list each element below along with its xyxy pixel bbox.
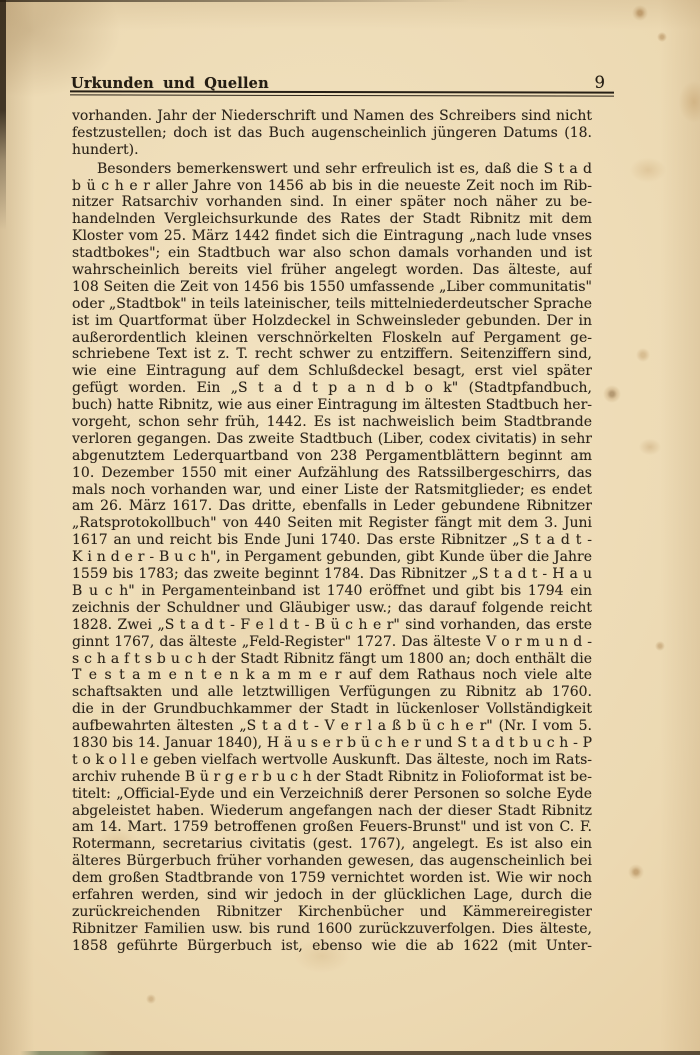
text-line: am 14. Mart. 1759 betroffenen großen Feu… <box>72 819 592 836</box>
text-line: 1828. Zwei „S t a d t - F e l d t - B ü … <box>72 617 592 634</box>
scanned-book-page: Urkunden und Quellen 9 vorhanden. Jahr d… <box>0 0 700 1055</box>
text-line: zurückreichenden Ribnitzer Kirchenbücher… <box>72 904 592 921</box>
text-line: „Ratsprotokollbuch" von 440 Seiten mit R… <box>72 515 592 532</box>
running-title: Urkunden und Quellen <box>71 75 269 92</box>
text-line: Kloster vom 25. März 1442 findet sich di… <box>72 228 592 245</box>
page-number: 9 <box>595 73 615 92</box>
text-line: 1617 an und reicht bis Ende Juni 1740. D… <box>72 532 592 549</box>
text-line: vorhanden. Jahr der Niederschrift und Na… <box>72 108 592 125</box>
text-line: titelt: „Official-Eyde und ein Verzeichn… <box>72 786 592 803</box>
text-line: oder „Stadtbok" in teils lateinischer, t… <box>72 296 592 313</box>
text-line: zeichnis der Schuldner und Gläubiger usw… <box>72 600 592 617</box>
text-line: am 26. März 1617. Das dritte, ebenfalls … <box>72 498 592 515</box>
text-line: 108 Seiten die Zeit von 1456 bis 1550 um… <box>72 279 592 296</box>
text-line: schriebene Text ist z. T. recht schwer z… <box>72 346 592 363</box>
header-double-rule <box>70 90 614 96</box>
text-line: 1559 bis 1783; das zweite beginnt 1784. … <box>72 566 592 583</box>
paragraph-2: Besonders bemerkenswert und sehr erfreul… <box>72 161 592 955</box>
text-line: dem großen Stadtbrande von 1759 vernicht… <box>72 870 592 887</box>
text-line: vorgeht, schon sehr früh, 1442. Es ist n… <box>72 414 592 431</box>
text-line: B u c h" in Pergamenteinband ist 1740 er… <box>72 583 592 600</box>
text-line: abgenutztem Lederquartband von 238 Perga… <box>72 448 592 465</box>
text-line: t o k o l l e geben vielfach wertvolle A… <box>72 752 592 769</box>
text-line: festzustellen; doch ist das Buch augensc… <box>72 125 592 142</box>
text-line: mals noch vorhanden war, und einer Liste… <box>72 482 592 499</box>
paragraph-1: vorhanden. Jahr der Niederschrift und Na… <box>72 108 592 159</box>
page-header: Urkunden und Quellen 9 <box>71 73 614 92</box>
text-line: handelnden Vergleichsurkunde des Rates d… <box>72 211 592 228</box>
text-line: gefügt worden. Ein „S t a d t p a n d b … <box>72 380 592 397</box>
scan-edge-left <box>0 0 6 230</box>
text-line: verloren gegangen. Das zweite Stadtbuch … <box>72 431 592 448</box>
text-line: archiv ruhende B ü r g e r b u c h der S… <box>72 769 592 786</box>
text-line: K i n d e r - B u c h", in Pergament geb… <box>72 549 592 566</box>
text-line: schaftsakten und alle letztwilligen Verf… <box>72 684 592 701</box>
text-line: nitzer Ratsarchiv vorhanden sind. In ein… <box>72 194 592 211</box>
text-line: erfahren werden, sind wir jedoch in der … <box>72 887 592 904</box>
text-line: 1830 bis 14. Januar 1840), H ä u s e r b… <box>72 735 592 752</box>
text-line: b ü c h e r aller Jahre von 1456 ab bis … <box>72 178 592 195</box>
text-line: 1858 geführte Bürgerbuch ist, ebenso wie… <box>72 938 592 955</box>
text-line: hundert). <box>72 142 592 159</box>
text-line: älteres Bürgerbuch früher vorhanden gewe… <box>72 853 592 870</box>
text-line: ist im Quartformat über Holzdeckel in Sc… <box>72 313 592 330</box>
text-line: T e s t a m e n t e n k a m m e r auf de… <box>72 667 592 684</box>
text-line: die in der Grundbuchkammer der Stadt in … <box>72 701 592 718</box>
text-line: wahrscheinlich bereits viel früher angel… <box>72 262 592 279</box>
text-line: Besonders bemerkenswert und sehr erfreul… <box>72 161 592 178</box>
text-line: aufbewahrten ältesten „S t a d t - V e r… <box>72 718 592 735</box>
text-line: Ribnitzer Familien usw. bis rund 1600 zu… <box>72 921 592 938</box>
text-line: ginnt 1767, das älteste „Feld-Register" … <box>72 634 592 651</box>
text-line: Rotermann, secretarius civitatis (gest. … <box>72 836 592 853</box>
text-line: wie eine Eintragung auf dem Schlußdeckel… <box>72 363 592 380</box>
text-line: 10. Dezember 1550 mit einer Aufzählung d… <box>72 465 592 482</box>
text-line: stadtbokes"; ein Stadtbuch war also scho… <box>72 245 592 262</box>
text-line: abgeleistet haben. Wiederum angefangen n… <box>72 803 592 820</box>
text-line: außerordentlich kleinen verschnörkelten … <box>72 330 592 347</box>
text-line: s c h a f t s b u c h der Stadt Ribnitz … <box>72 651 592 668</box>
text-line: buch) hatte Ribnitz, wie aus einer Eintr… <box>72 397 592 414</box>
scan-edge-top <box>0 0 470 2</box>
scan-edge-bottom <box>0 1051 700 1055</box>
body-text: vorhanden. Jahr der Niederschrift und Na… <box>72 108 592 955</box>
